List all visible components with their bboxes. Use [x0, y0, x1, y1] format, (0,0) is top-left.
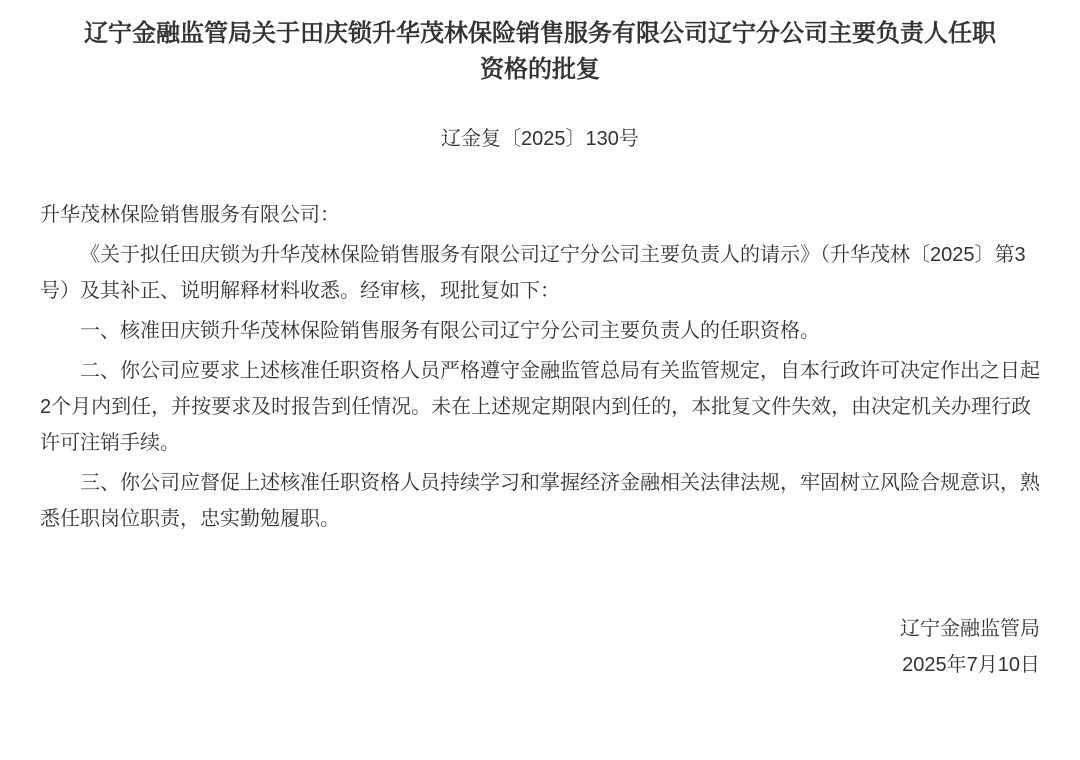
paragraph-item-2: 二、你公司应要求上述核准任职资格人员严格遵守金融监管总局有关监管规定，自本行政许… — [40, 353, 1040, 461]
issuer-name: 辽宁金融监管局 — [40, 611, 1040, 647]
document-title-line-2: 资格的批复 — [40, 52, 1040, 88]
document-number: 辽金复〔2025〕130号 — [40, 121, 1040, 157]
document-title: 辽宁金融监管局关于田庆锁升华茂林保险销售服务有限公司辽宁分公司主要负责人任职 资… — [40, 16, 1040, 88]
issue-date: 2025年7月10日 — [40, 647, 1040, 683]
document-title-line-1: 辽宁金融监管局关于田庆锁升华茂林保险销售服务有限公司辽宁分公司主要负责人任职 — [40, 16, 1040, 52]
paragraph-item-1: 一、核准田庆锁升华茂林保险销售服务有限公司辽宁分公司主要负责人的任职资格。 — [40, 313, 1040, 349]
paragraph-intro: 《关于拟任田庆锁为升华茂林保险销售服务有限公司辽宁分公司主要负责人的请示》（升华… — [40, 237, 1040, 309]
paragraph-item-3: 三、你公司应督促上述核准任职资格人员持续学习和掌握经济金融相关法律法规，牢固树立… — [40, 465, 1040, 537]
document-page: 辽宁金融监管局关于田庆锁升华茂林保险销售服务有限公司辽宁分公司主要负责人任职 资… — [0, 0, 1080, 760]
document-body: 升华茂林保险销售服务有限公司： 《关于拟任田庆锁为升华茂林保险销售服务有限公司辽… — [40, 197, 1040, 537]
salutation: 升华茂林保险销售服务有限公司： — [40, 197, 1040, 233]
signature-block: 辽宁金融监管局 2025年7月10日 — [40, 611, 1040, 683]
